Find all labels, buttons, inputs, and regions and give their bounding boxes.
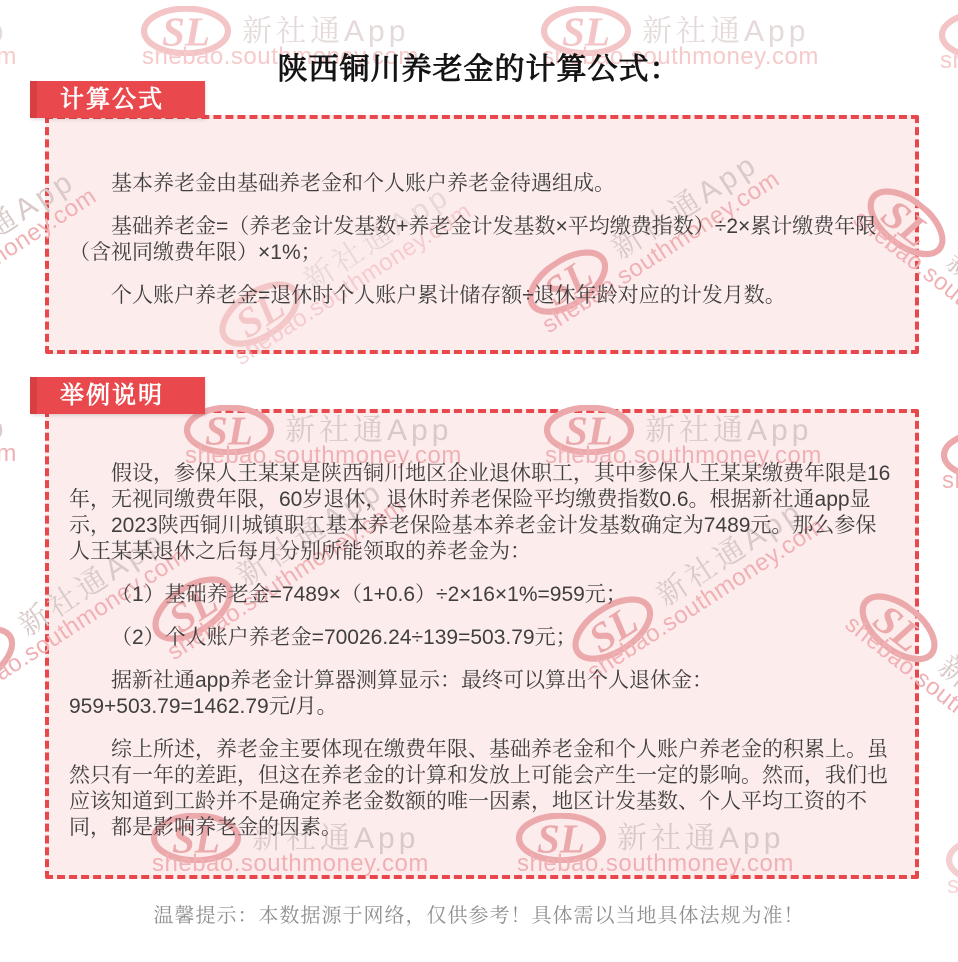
watermark-brand: 新社通App <box>939 238 958 376</box>
watermark-brand: 新社通App <box>0 403 7 447</box>
watermark: SL 新社通App shebao.southmoney.com <box>940 430 958 494</box>
watermark-domain: shebao.southmoney.com <box>0 440 17 468</box>
watermark: SL 新社通App shebao.southmoney.com <box>945 835 958 899</box>
disclaimer-footer: 温馨提示：本数据源于网络，仅供参考！具体需以当地具体法规为准！ <box>0 899 958 928</box>
brand-logo-icon: SL <box>0 613 27 705</box>
section-tab-example: 举例说明 <box>30 377 205 414</box>
watermark-domain: shebao.southmoney.com <box>942 467 958 495</box>
paragraph: （1）基础养老金=7489×（1+0.6）÷2×16×1%=959元； <box>69 582 893 608</box>
paragraph: 基本养老金由基础养老金和个人账户养老金待遇组成。 <box>69 171 893 197</box>
formula-panel-content: 基本养老金由基础养老金和个人账户养老金待遇组成。 基础养老金=（养老金计发基数+… <box>49 119 915 309</box>
paragraph: 据新社通app养老金计算器测算显示：最终可以算出个人退休金：959+503.79… <box>69 668 893 720</box>
paragraph: 假设，参保人王某某是陕西铜川地区企业退休职工，其中参保人王某某缴费年限是16年，… <box>69 461 893 565</box>
brand-logo-icon: SL <box>945 835 958 885</box>
section-tab-formula: 计算公式 <box>30 81 205 118</box>
paragraph: 基础养老金=（养老金计发基数+养老金计发基数×平均缴费指数）÷2×累计缴费年限（… <box>69 214 893 266</box>
example-panel: 假设，参保人王某某是陕西铜川地区企业退休职工，其中参保人王某某缴费年限是16年，… <box>45 409 919 879</box>
example-panel-content: 假设，参保人王某某是陕西铜川地区企业退休职工，其中参保人王某某缴费年限是16年，… <box>49 413 915 841</box>
paragraph: 个人账户养老金=退休时个人账户累计储存额÷退休年龄对应的计发月数。 <box>69 283 893 309</box>
watermark-brand: 新社通App <box>931 643 958 781</box>
brand-logo-icon: SL <box>940 430 958 480</box>
paragraph: （2）个人账户养老金=70026.24÷139=503.79元； <box>69 625 893 651</box>
paragraph: 综上所述，养老金主要体现在缴费年限、基础养老金和个人账户养老金的积累上。虽然只有… <box>69 737 893 841</box>
watermark-domain: shebao.southmoney.com <box>947 872 958 900</box>
article-page: SL 新社通App shebao.southmoney.com SL 新社通Ap… <box>0 0 958 962</box>
brand-logo-letters: SL <box>0 627 8 692</box>
formula-panel: 基本养老金由基础养老金和个人账户养老金待遇组成。 基础养老金=（养老金计发基数+… <box>45 115 919 354</box>
